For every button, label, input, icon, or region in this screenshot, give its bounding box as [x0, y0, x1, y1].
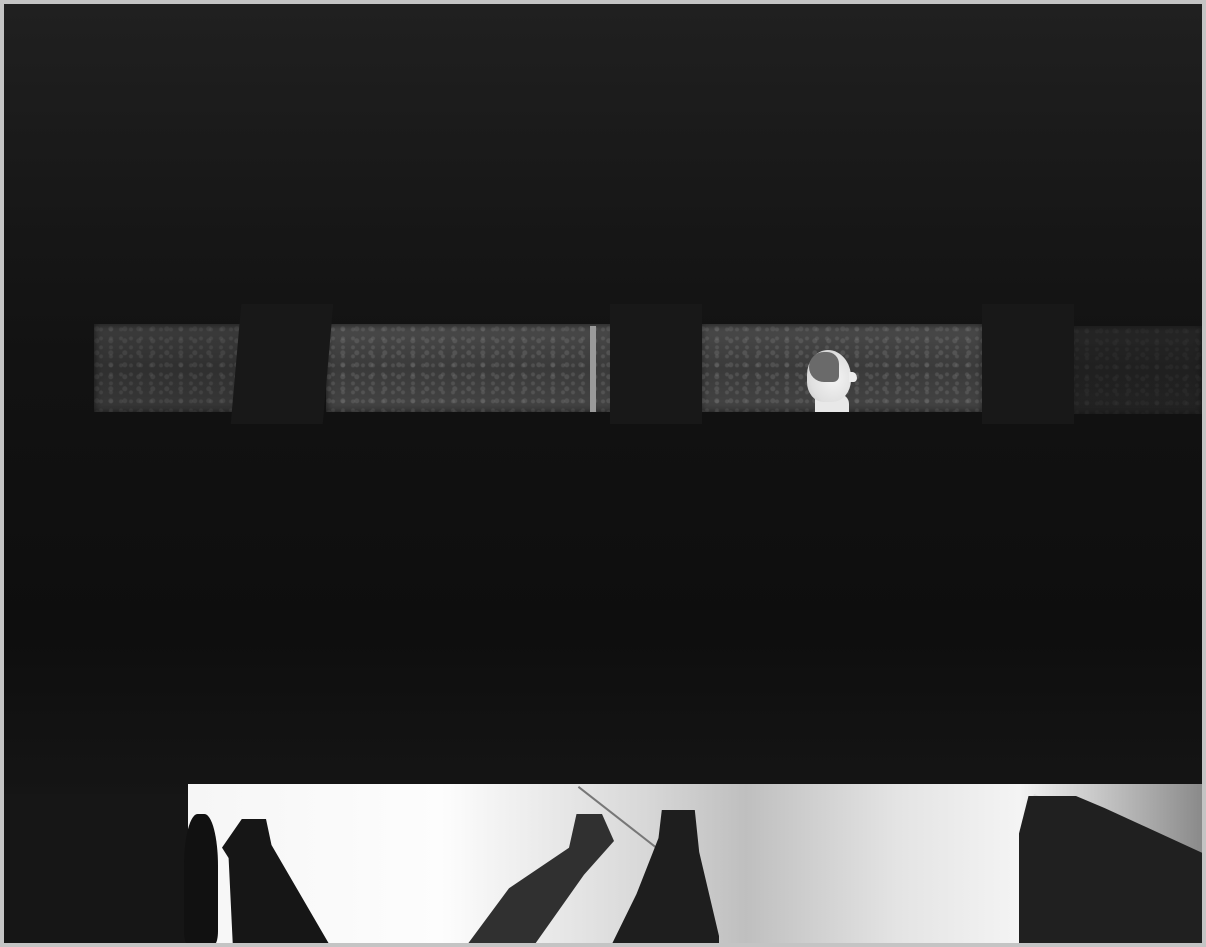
window-right — [1070, 326, 1202, 414]
pillar — [231, 304, 333, 424]
pillar — [982, 304, 1074, 424]
person-head-profile — [807, 350, 857, 412]
person-shadow — [184, 814, 218, 943]
photo-frame — [0, 0, 1206, 947]
floor-dark-edge — [4, 794, 188, 943]
window-center-left — [326, 324, 616, 412]
window-left — [94, 324, 252, 412]
photograph — [4, 4, 1202, 943]
window-post — [590, 326, 596, 412]
pillar — [610, 304, 702, 424]
